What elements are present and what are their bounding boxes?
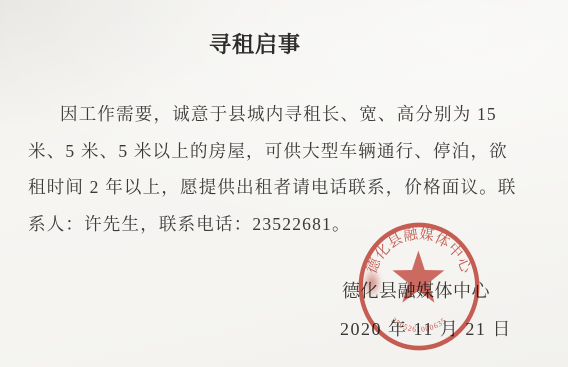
seal-star-icon bbox=[392, 250, 444, 302]
official-seal: 德化县融媒体中心 3505261000635 bbox=[357, 221, 481, 352]
body-line-3: 租时间 2 年以上，愿提供出租者请电话联系，价格面议。联 bbox=[28, 169, 548, 206]
scanned-notice-document: 寻租启事 因工作需要，诚意于县城内寻租长、宽、高分别为 15 米、5 米、5 米… bbox=[0, 0, 568, 367]
seal-code-text: 3505261000635 bbox=[390, 315, 448, 334]
seal-code-label: 3505261000635 bbox=[390, 315, 448, 334]
body-line-2: 米、5 米、5 米以上的房屋，可供大型车辆通行、停泊，欲 bbox=[28, 133, 548, 170]
page-title: 寻租启事 bbox=[209, 28, 301, 59]
body-line-1: 因工作需要，诚意于县城内寻租长、宽、高分别为 15 bbox=[28, 96, 548, 133]
